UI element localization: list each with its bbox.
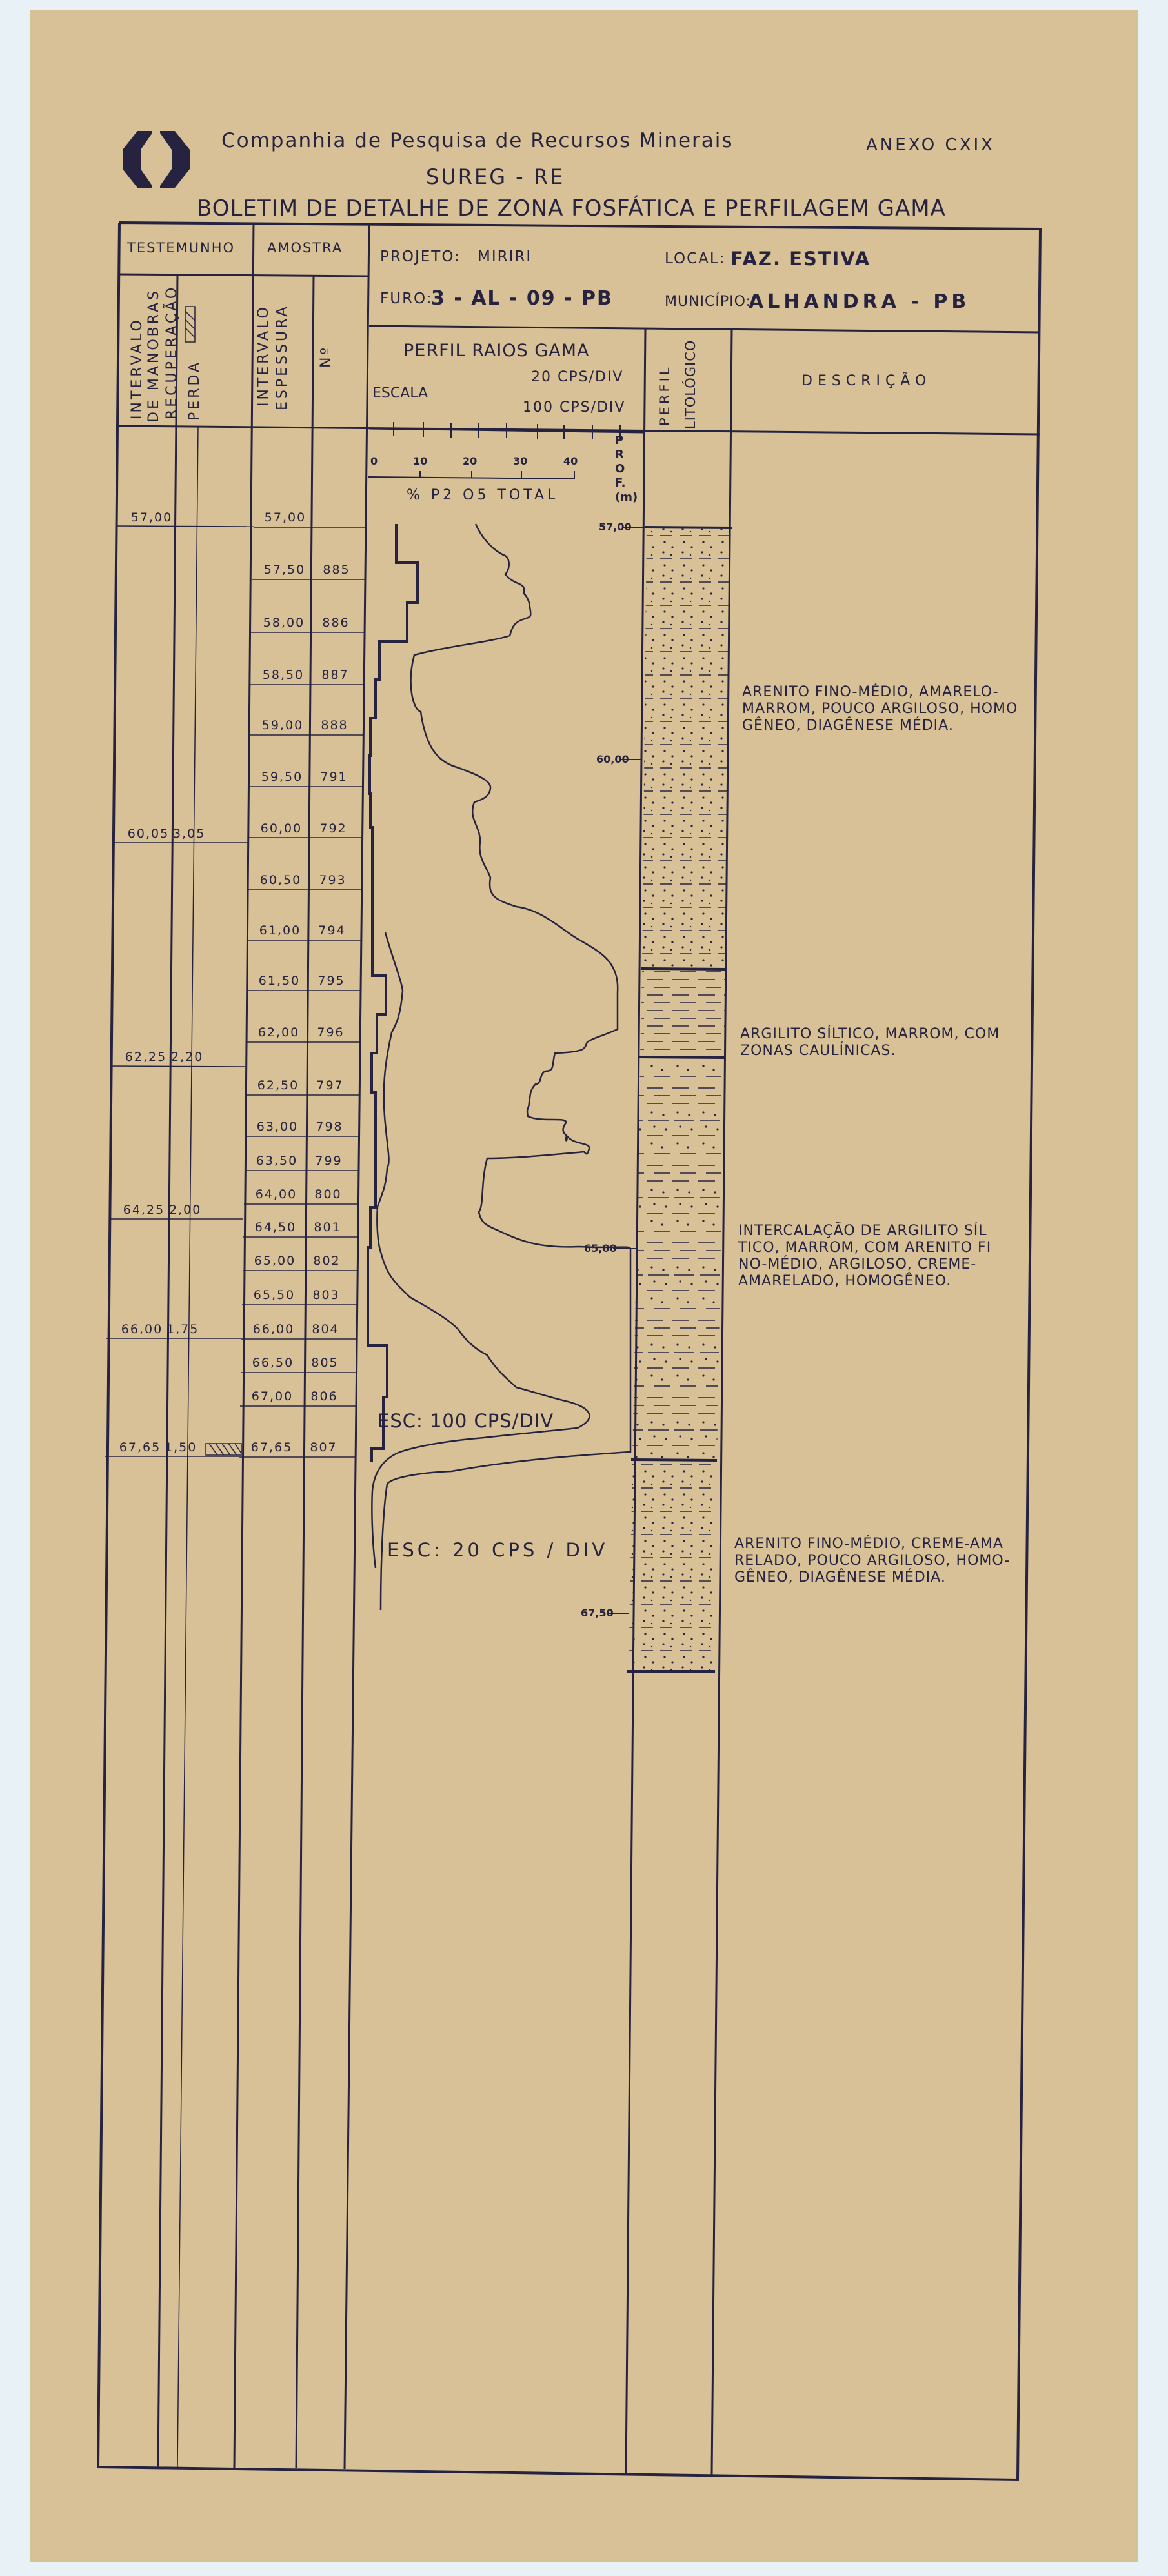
lithology-intercalation xyxy=(632,1059,724,1459)
amostra-numero: 803 xyxy=(305,1288,347,1302)
amostra-intervalo: 60,50 xyxy=(252,873,310,887)
p2o5-tick-10: 10 xyxy=(413,455,427,467)
testemunho-recuperacao: 2,20 xyxy=(171,1050,203,1064)
local-value: FAZ. ESTIVA xyxy=(730,248,871,270)
amostra-intervalo: 62,00 xyxy=(250,1025,308,1040)
amostra-numero: 805 xyxy=(304,1356,346,1370)
p2o5-tick-0: 0 xyxy=(370,455,378,467)
depth-label-57: 57,00 xyxy=(599,521,632,533)
testemunho-header: TESTEMUNHO xyxy=(127,240,235,256)
intervalo-manobras-header-1: INTERVALO xyxy=(129,317,145,419)
lithology-sandstone-2 xyxy=(629,1462,717,1670)
company-name: Companhia de Pesquisa de Recursos Minera… xyxy=(221,129,734,152)
testemunho-intervalo: 62,25 xyxy=(120,1050,172,1064)
depth-label-60: 60,00 xyxy=(596,753,629,765)
intervalo-espessura-header-2: ESPESSURA xyxy=(274,304,290,410)
amostra-numero: 885 xyxy=(316,563,357,577)
amostra-numero: 886 xyxy=(315,616,357,630)
furo-label: FURO: xyxy=(380,290,433,307)
testemunho-intervalo: 66,00 xyxy=(116,1322,168,1336)
furo-value: 3 - AL - 09 - PB xyxy=(431,287,613,310)
perfil-gama-header: PERFIL RAIOS GAMA xyxy=(403,341,589,361)
amostra-numero: 798 xyxy=(308,1120,350,1134)
gamma-100cps-curve xyxy=(372,932,589,1568)
escala-label: ESCALA xyxy=(372,385,428,401)
local-label: LOCAL: xyxy=(665,250,725,267)
testemunho-recuperacao: 2,00 xyxy=(169,1203,201,1217)
amostra-numero: 806 xyxy=(303,1389,345,1404)
amostra-numero: 796 xyxy=(310,1025,352,1040)
description-2: ARGILITO SÍLTICO, MARROM, COM ZONAS CAUL… xyxy=(740,1026,1000,1060)
amostra-intervalo: 62,50 xyxy=(249,1078,307,1092)
amostra-numero: 797 xyxy=(309,1078,351,1092)
lithology-claystone xyxy=(640,971,727,1056)
testemunho-intervalo: 67,65 xyxy=(114,1440,166,1454)
amostra-intervalo: 67,65 xyxy=(243,1440,301,1454)
escala-20-label: 20 CPS/DIV xyxy=(531,369,623,385)
p2o5-axis-label: % P2 O5 TOTAL xyxy=(407,487,558,503)
amostra-intervalo: 61,00 xyxy=(251,923,309,938)
amostra-intervalo: 63,50 xyxy=(248,1154,306,1168)
perda-legend-hatch-icon xyxy=(185,307,195,342)
intervalo-manobras-header-2: DE MANOBRAS xyxy=(146,288,162,423)
amostra-intervalo: 64,50 xyxy=(247,1220,305,1234)
litologico-header: LITOLÓGICO xyxy=(683,340,698,429)
amostra-numero: 799 xyxy=(308,1154,350,1168)
amostra-intervalo: 65,50 xyxy=(245,1288,303,1302)
p2o5-tick-40: 40 xyxy=(563,455,578,467)
amostra-intervalo: 65,00 xyxy=(246,1254,304,1268)
description-3: INTERCALAÇÃO DE ARGILITO SÍL TICO, MARRO… xyxy=(738,1223,991,1290)
amostra-numero: 887 xyxy=(314,668,356,682)
amostra-intervalo: 66,00 xyxy=(245,1322,303,1336)
testemunho-intervalo: 60,05 xyxy=(123,827,174,841)
esc-20-label: ESC: 20 CPS / DIV xyxy=(387,1539,608,1561)
document-title: BOLETIM DE DETALHE DE ZONA FOSFÁTICA E P… xyxy=(197,196,946,221)
amostra-numero: 793 xyxy=(312,873,354,887)
amostra-intervalo: 59,50 xyxy=(253,770,311,784)
amostra-intervalo: 61,50 xyxy=(250,974,308,988)
amostra-intervalo: 57,50 xyxy=(256,563,314,577)
projeto-label: PROJETO: xyxy=(380,248,461,265)
amostra-numero: 807 xyxy=(303,1440,345,1454)
testemunho-intervalo: 57,00 xyxy=(126,510,177,525)
amostra-intervalo: 66,50 xyxy=(244,1356,302,1370)
amostra-intervalo: 58,50 xyxy=(254,668,312,682)
amostra-numero: 802 xyxy=(306,1254,348,1268)
description-1: ARENITO FINO-MÉDIO, AMARELO- MARROM, POU… xyxy=(742,684,1018,734)
depth-label-67-5: 67,50 xyxy=(581,1607,614,1619)
cprm-logo-icon xyxy=(123,131,190,188)
testemunho-recuperacao: 3,05 xyxy=(173,827,205,841)
municipio-label: MUNICÍPIO: xyxy=(665,294,751,310)
amostra-numero: 888 xyxy=(314,718,356,732)
amostra-intervalo: 58,00 xyxy=(255,616,313,630)
p2o5-tick-30: 30 xyxy=(513,455,527,467)
p2o5-step-curve xyxy=(368,524,418,1462)
amostra-intervalo: 64,00 xyxy=(247,1187,305,1202)
unit-label: SUREG - RE xyxy=(426,165,565,189)
testemunho-recuperacao: 1,50 xyxy=(165,1440,197,1454)
amostra-numero: 804 xyxy=(305,1322,347,1336)
perda-hatch-icon xyxy=(206,1444,241,1455)
lithology-column xyxy=(629,528,730,1670)
perda-header: PERDA xyxy=(186,360,203,421)
amostra-intervalo: 57,00 xyxy=(256,510,314,525)
amostra-numero: 801 xyxy=(307,1220,348,1234)
intervalo-espessura-header-1: INTERVALO xyxy=(256,305,272,407)
annex-label: ANEXO CXIX xyxy=(866,136,995,155)
description-4: ARENITO FINO-MÉDIO, CREME-AMA RELADO, PO… xyxy=(734,1536,1010,1586)
amostra-intervalo: 59,00 xyxy=(254,718,312,732)
amostra-numero: 792 xyxy=(312,821,354,836)
testemunho-intervalo: 64,25 xyxy=(118,1203,170,1217)
escala-100-label: 100 CPS/DIV xyxy=(523,399,625,416)
p2o5-tick-20: 20 xyxy=(463,455,477,467)
recuperacao-header: RECUPERAÇÃO xyxy=(164,285,180,419)
amostra-numero: 794 xyxy=(311,923,353,938)
numero-header: Nº xyxy=(318,345,334,368)
municipio-value: ALHANDRA - PB xyxy=(749,290,970,313)
lithology-sandstone-1 xyxy=(642,528,730,968)
perfil-header: PERFIL xyxy=(657,365,672,427)
esc-100-label: ESC: 100 CPS/DIV xyxy=(378,1410,554,1432)
amostra-intervalo: 60,00 xyxy=(252,821,310,836)
amostra-intervalo: 63,00 xyxy=(248,1120,307,1134)
descricao-header: DESCRIÇÃO xyxy=(801,373,931,389)
amostra-numero: 795 xyxy=(310,974,352,988)
prof-label: PROF. (m) xyxy=(615,434,628,505)
depth-label-65: 65,00 xyxy=(584,1242,617,1254)
amostra-numero: 791 xyxy=(313,770,355,784)
amostra-header: AMOSTRA xyxy=(267,240,343,256)
amostra-intervalo: 67,00 xyxy=(243,1389,301,1404)
projeto-value: MIRIRI xyxy=(478,248,532,265)
testemunho-recuperacao: 1,75 xyxy=(166,1322,199,1336)
amostra-numero: 800 xyxy=(307,1187,349,1202)
